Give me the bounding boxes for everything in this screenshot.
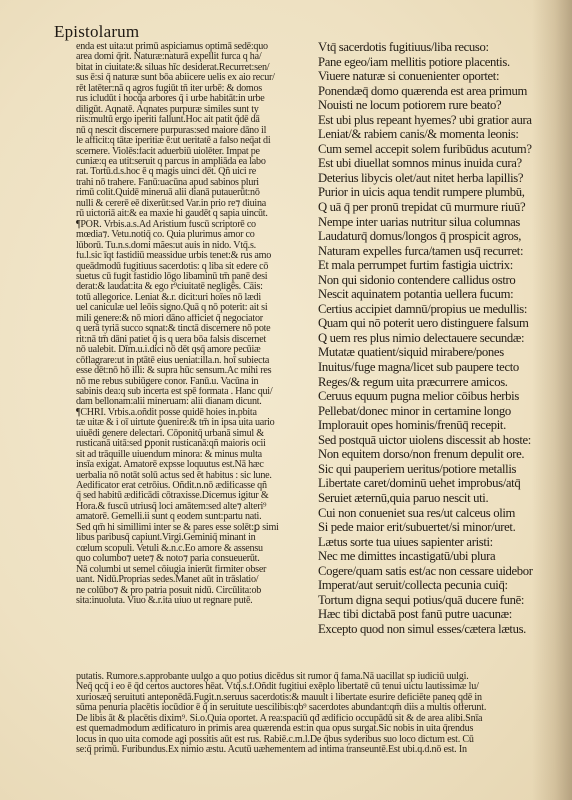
verse-line: Purior in uicis aqua tendit rumpere plum… xyxy=(318,185,568,200)
commentary-line: le afficit̄:q tātæ iperitiæ ē:ut ueritat… xyxy=(76,136,314,146)
verse-line: Hæc tibi dictabā post fanū putre uacunæ: xyxy=(318,607,568,622)
commentary-line: nō ualebit. Dīm.u.i.dici nō dēt qsq̄ amo… xyxy=(76,345,314,355)
commentary-line: cōflagrare:ut in ptātē eius ueniat:illa.… xyxy=(76,356,314,366)
verse-line: Si pede maior erit/subuertet/si minor/ur… xyxy=(318,520,568,535)
commentary-line: nū q nescit discernere purpuras:sed maio… xyxy=(76,126,314,136)
commentary-line: ¶POR. Vrbis.a.s.Ad Aristium fuscū script… xyxy=(76,220,314,230)
commentary-line: locus in quo uita comode agi possitis aū… xyxy=(76,735,566,745)
commentary-line: scernere. Violēs:facit aduerbiū uiolēter… xyxy=(76,147,314,157)
verse-line: Non qui sidonio contendere callidus ostr… xyxy=(318,273,568,288)
verse-line: Sic qui pauperiem ueritus/potiore metall… xyxy=(318,462,568,477)
commentary-line: enda est uita:ut primū aspiciamus optimā… xyxy=(76,42,314,52)
verse-line: Certius accipiet damnū/propius ue medull… xyxy=(318,302,568,317)
verse-line: Et mala perrumpet furtim fastigia uictri… xyxy=(318,258,568,273)
commentary-line: uel caniculæ uel leōis signo.Quā q nō po… xyxy=(76,303,314,313)
verse-line: Est ubi plus repeant hyemes? ubi gratior… xyxy=(318,113,568,128)
verse-line: Viuere naturæ si conuenienter oportet: xyxy=(318,69,568,84)
running-head: Epistolarum xyxy=(54,22,139,42)
commentary-line: ne colūbo⁊ & pro patria posuit nidū. Cir… xyxy=(76,586,314,596)
commentary-line: mili genere:& nō miori dāno afficiet̄ q̄… xyxy=(76,314,314,324)
commentary-line: xuriosæq̄ seruituti anteponēdā.Fugit.n.s… xyxy=(76,693,566,703)
verse-line: Excepto quod non simul esses/cætera lætu… xyxy=(318,622,568,637)
commentary-line: mœdia⁊. Vetu.notiq̄ co. Quia plurimus am… xyxy=(76,230,314,240)
commentary-line: putatis. Rumore.s.approbante uulgo a quo… xyxy=(76,672,566,682)
commentary-line: trahi nō trahere. Fanū:uacūna apud sabin… xyxy=(76,178,314,188)
commentary-line: rusticanā uitā:sed ꝑponit rusticanā:qñ m… xyxy=(76,439,314,449)
commentary-footer-block: putatis. Rumore.s.approbante uulgo a quo… xyxy=(76,672,566,756)
verse-line: Nescit aquinatem potantia uellera fucum: xyxy=(318,287,568,302)
verse-line: Ponendæq̄ domo quærenda est area primum xyxy=(318,84,568,99)
commentary-line: Neq̄ qcq̄ i eo ē q̄d certos auctores hēa… xyxy=(76,682,566,692)
commentary-line: area domi q̄rit̄. Naturæ:naturā expellit… xyxy=(76,52,314,62)
verse-line: Nouisti ne locum potiorem rure beato? xyxy=(318,98,568,113)
commentary-line: q uerā tyriā succo sqnat:& tinctā discer… xyxy=(76,324,314,334)
commentary-line: Hora.& fuscū utriusq̄ loci amātem:sed al… xyxy=(76,502,314,512)
verse-line: Nec me dimittes incastigatū/ubi plura xyxy=(318,549,568,564)
commentary-line: sita:inuoluta. Viuo &.r.ita uiuo ut regn… xyxy=(76,596,314,606)
commentary-line: Aedificator erat cetrōius. Oñdit.n.nō æd… xyxy=(76,481,314,491)
verse-line: Deterius libycis olet/aut nitet herba la… xyxy=(318,171,568,186)
commentary-line: nulli & cererē eē dixerūt:sed Var.in pri… xyxy=(76,199,314,209)
commentary-line: dam bellonam:alii mineruam: alii dianam … xyxy=(76,397,314,407)
commentary-line: q̄ sed habitū ædificādi cōtraxisse.Dicem… xyxy=(76,491,314,501)
verse-line: Q uem res plus nimio delectauere secundæ… xyxy=(318,331,568,346)
verse-line: Est ubi diuellat somnos minus inuida cur… xyxy=(318,156,568,171)
commentary-line: rus icludūt i hocq̄a arbores q̄ i urbe h… xyxy=(76,94,314,104)
commentary-line: tæ uitæ & i oī uirtute ꝯuenire:& tm̄ in … xyxy=(76,418,314,428)
book-page: Epistolarum enda est uita:ut primū aspic… xyxy=(0,0,572,800)
commentary-line: insīa exigat. Amatorē expsse loquutus es… xyxy=(76,460,314,470)
verse-line: Ceruus equum pugna melior cōibus herbis xyxy=(318,389,568,404)
verse-line: Leniat/& rabiem canis/& momenta leonis: xyxy=(318,127,568,142)
verse-line: Cogere/quam satis est/ac non cessare uid… xyxy=(318,564,568,579)
verse-line: Vtq̄ sacerdotis fugitiuus/liba recuso: xyxy=(318,40,568,55)
verse-line: Libertate caret/dominū uehet improbus/at… xyxy=(318,476,568,491)
verse-line: Sed postquā uictor uiolens discessit ab … xyxy=(318,433,568,448)
commentary-line: diligūt. Aqnatē. Aqnates purpuræ similes… xyxy=(76,105,314,115)
commentary-line: rat. Tortū.d.s.hoc ē q magis uinci dēt. … xyxy=(76,167,314,177)
commentary-line: derat:& laudat:ita & ego r⁹ciuitatē negl… xyxy=(76,282,314,292)
commentary-line: Nā columbi ut semel cōiugia inierūt firm… xyxy=(76,565,314,575)
verse-line: Lætus sorte tua uiues sapienter aristi: xyxy=(318,535,568,550)
verse-line: Cum semel accepit solem furibūdus acutum… xyxy=(318,142,568,157)
commentary-line: cœlum scopuli. Vetuli &.n.c.Eo amore & a… xyxy=(76,544,314,554)
commentary-line: libus paribusq̄ capiunt̄.Virgi.Geminiq̄ … xyxy=(76,533,314,543)
verse-line: Pane egeo/iam mellitis potiore placentis… xyxy=(318,55,568,70)
commentary-line: totū allegorice. Leniat &.r. dicit:uri h… xyxy=(76,293,314,303)
verse-line: Mutatæ quatient/siquid mirabere/pones xyxy=(318,345,568,360)
commentary-line: rū uictoriā ait:& ea maxie hi gaudēt q s… xyxy=(76,209,314,219)
commentary-line: fu.l.sic īqt fastidiū meassidue urbis te… xyxy=(76,251,314,261)
verse-line: Non equitem dorso/non frenum depulit ore… xyxy=(318,447,568,462)
commentary-line: De libis āt & placētis dixim⁹. Si.o.Quia… xyxy=(76,714,566,724)
commentary-line: sabinis dea:q sub incerta est spē format… xyxy=(76,387,314,397)
commentary-line: est quemadmodum ædificaturo in primis ar… xyxy=(76,724,566,734)
commentary-line: rit:nā tm̄ dāni patiet̄ q̄ is q uera bōa… xyxy=(76,335,314,345)
verse-line: Pellebat/donec minor in certamine longo xyxy=(318,404,568,419)
commentary-line: uant. Nidū.Proprias sedes.Manet aūt in t… xyxy=(76,575,314,585)
commentary-line: amatorē. Gemelli.ii sunt q eodem sunt:pa… xyxy=(76,512,314,522)
commentary-line: suetus cū fugit fastidio lōgo libaminū t… xyxy=(76,272,314,282)
commentary-column: enda est uita:ut primū aspiciamus optimā… xyxy=(76,42,314,606)
verse-line: Quam qui nō poterit uero distinguere fal… xyxy=(318,316,568,331)
verse-line: Tortum digna sequi potius/quā ducere fun… xyxy=(318,593,568,608)
verse-line: Q uā q̄ per pronū trepidat cū murmure ri… xyxy=(318,200,568,215)
verse-line: Implorauit opes hominis/frenūq̄ recepit. xyxy=(318,418,568,433)
verse-line: Laudaturq̄ domus/longos q̄ prospicit agr… xyxy=(318,229,568,244)
commentary-line: nō me rebus subiūgere conor. Fanū.u. Vac… xyxy=(76,377,314,387)
commentary-line: lūborū. Tu.n.s.domi mães:ut auis in nido… xyxy=(76,241,314,251)
verse-line: Naturam expelles furca/tamen usq̄ recurr… xyxy=(318,244,568,259)
commentary-line: sus ē:si q̄ naturæ sunt bōa abiicere uel… xyxy=(76,73,314,83)
commentary-line: sit ad trāquille uiuendum minora: & minu… xyxy=(76,450,314,460)
verse-line: Seruiet æternū,quia paruo nescit uti. xyxy=(318,491,568,506)
verse-column: Vtq̄ sacerdotis fugitiuus/liba recuso:Pa… xyxy=(318,40,568,636)
commentary-line: uerbalia nō notāt solū actus sed ēt habi… xyxy=(76,471,314,481)
verse-line: Imperat/aut seruit/collecta pecunia cuiq… xyxy=(318,578,568,593)
verse-line: Inuitus/fuge magna/licet sub paupere tec… xyxy=(318,360,568,375)
verse-line: Cui non conueniet sua res/ut calceus oli… xyxy=(318,506,568,521)
commentary-line: bitat in ciuitate:& siluas hīc desiderat… xyxy=(76,63,314,73)
verse-line: Reges/& regum uita præcurrere amicos. xyxy=(318,375,568,390)
commentary-line: queādmodū fugitiuus sacerdotis: q liba s… xyxy=(76,262,314,272)
commentary-line: quo columbo⁊ uete⁊ & noto⁊ paria consueu… xyxy=(76,554,314,564)
commentary-line: Sed qm̄ hi simillimi inter se & pares es… xyxy=(76,523,314,533)
commentary-line: uiuēdi genere delectari. Cōponitq̄ urban… xyxy=(76,429,314,439)
commentary-line: riis:multū ergo iperiti fallunt̄.Hoc ait… xyxy=(76,115,314,125)
commentary-line: rēt latēter:nā q agros fugiūt tn̄ iter u… xyxy=(76,84,314,94)
commentary-line: rimū colit̄.Quidē mineruā alii dianā put… xyxy=(76,188,314,198)
commentary-line: ¶CHRI. Vrbis.a.oñdit posse quidē hoies i… xyxy=(76,408,314,418)
verse-line: Nempe inter uarias nutritur silua column… xyxy=(318,215,568,230)
commentary-line: se:q̄ primū. Furibundus.Ex nimio æstu. A… xyxy=(76,745,566,755)
commentary-line: sūma penuria placētis iocūdior ē q̄ in s… xyxy=(76,703,566,713)
commentary-line: esse dēt:nō hō illi: & supra hūc sensum.… xyxy=(76,366,314,376)
commentary-line: cuniæ:q ea utit̄:seruit q parcus in ampl… xyxy=(76,157,314,167)
